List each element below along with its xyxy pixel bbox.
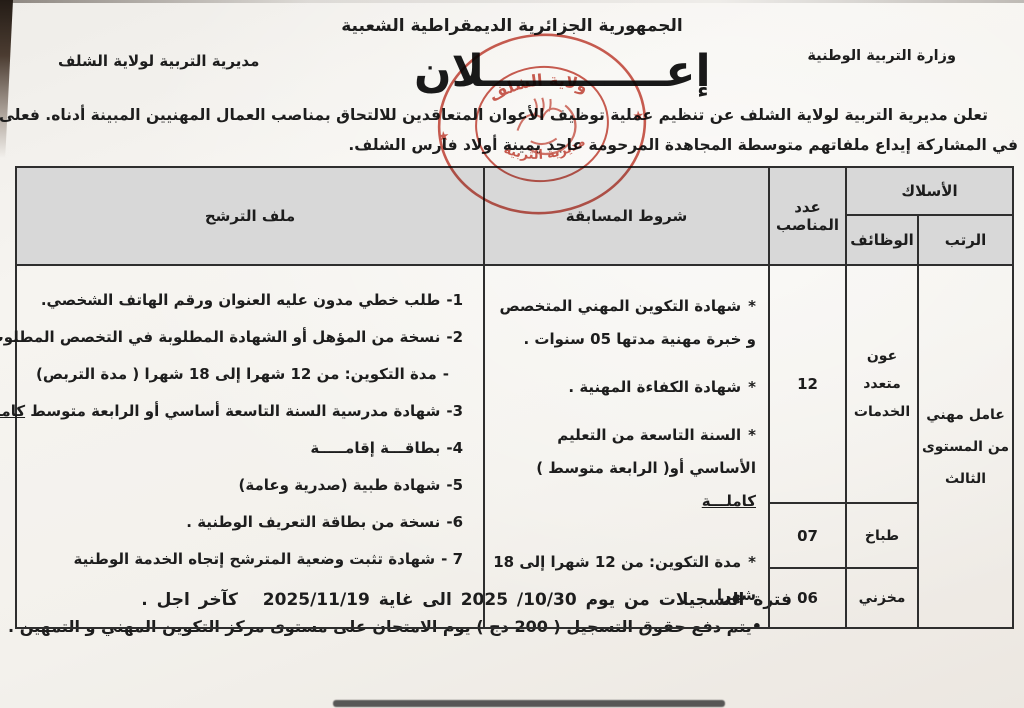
- job-cell-multiservice: عون متعدد الخدمات: [846, 265, 918, 503]
- scan-top-edge: [0, 0, 1024, 3]
- condition-item: *شهادة الكفاءة المهنية .: [493, 371, 756, 404]
- table-row: عامل مهني من المستوى الثالث عون متعدد ال…: [16, 265, 1013, 503]
- positions-cell-multiservice: 12: [769, 265, 846, 503]
- recruitment-table: الأسلاك عدد المناصب شروط المسابقة ملف ال…: [15, 166, 1014, 629]
- conditions-list: *شهادة التكوين المهني المتخصص و خبرة مهن…: [493, 290, 756, 612]
- directorate-name: مديرية التربية لولاية الشلف: [58, 52, 259, 70]
- stamp-star-left: ★: [437, 129, 450, 145]
- stamp-bottom-text: مديرية التربية: [500, 134, 589, 167]
- file-item: 6-نسخة من بطاقة التعريف الوطنية .: [23, 504, 463, 541]
- condition-item: *شهادة التكوين المهني المتخصص و خبرة مهن…: [493, 290, 756, 356]
- asterisk-marker: *: [748, 426, 756, 444]
- ministry-name: وزارة التربية الوطنية: [807, 48, 956, 64]
- header-corps: الأسلاك: [846, 167, 1013, 215]
- file-item: 5-شهادة طبية (صدرية وعامة): [23, 467, 463, 504]
- file-item: 3-شهادة مدرسية السنة التاسعة أساسي أو ال…: [23, 393, 463, 430]
- rank-value-cell: عامل مهني من المستوى الثالث: [918, 265, 1013, 628]
- condition-item: *السنة التاسعة من التعليم الأساسي أو( ال…: [493, 419, 756, 518]
- condition-item: *مدة التكوين: من 12 شهرا إلى 18 شهرا: [493, 546, 756, 612]
- file-item: 2-نسخة من المؤهل أو الشهادة المطلوبة في …: [23, 319, 463, 356]
- stamp-outer-ring: [430, 25, 653, 224]
- svg-text:مديرية التربية: مديرية التربية: [500, 134, 589, 167]
- stamp-top-text: ولاية الشلف: [484, 65, 592, 107]
- asterisk-marker: *: [748, 297, 756, 315]
- scanned-announcement-document: الجمهورية الجزائرية الديمقراطية الشعبية …: [0, 0, 1024, 708]
- official-stamp: ولاية الشلف مديرية التربية ★ ★: [424, 17, 661, 231]
- application-file-list: 1-طلب خطي مدون عليه العنوان ورقم الهاتف …: [23, 282, 463, 578]
- job-cell-storekeeper: مخزني: [846, 568, 918, 628]
- file-item: -مدة التكوين: من 12 شهرا إلى 18 شهرا ( م…: [23, 356, 463, 393]
- asterisk-marker: *: [748, 553, 756, 571]
- positions-cell-storekeeper: 06: [769, 568, 846, 628]
- asterisk-marker: *: [748, 378, 756, 396]
- file-item: 1-طلب خطي مدون عليه العنوان ورقم الهاتف …: [23, 282, 463, 319]
- stamp-star-right: ★: [632, 108, 645, 124]
- file-item: 7 -شهادة تثبت وضعية المترشح إتجاه الخدمة…: [23, 541, 463, 578]
- scan-bottom-bar: [333, 700, 725, 707]
- job-cell-cook: طباخ: [846, 503, 918, 568]
- svg-text:ولاية الشلف: ولاية الشلف: [484, 65, 592, 107]
- application-file-cell: 1-طلب خطي مدون عليه العنوان ورقم الهاتف …: [16, 265, 484, 628]
- conditions-cell: *شهادة التكوين المهني المتخصص و خبرة مهن…: [484, 265, 769, 628]
- header-application-file: ملف الترشح: [16, 167, 484, 265]
- file-item: 4-بطاقـــة إقامـــــة: [23, 430, 463, 467]
- header-positions-count: عدد المناصب: [769, 167, 846, 265]
- positions-cell-cook: 07: [769, 503, 846, 568]
- header-jobs: الوظائف: [846, 215, 918, 265]
- header-rank: الرتب: [918, 215, 1013, 265]
